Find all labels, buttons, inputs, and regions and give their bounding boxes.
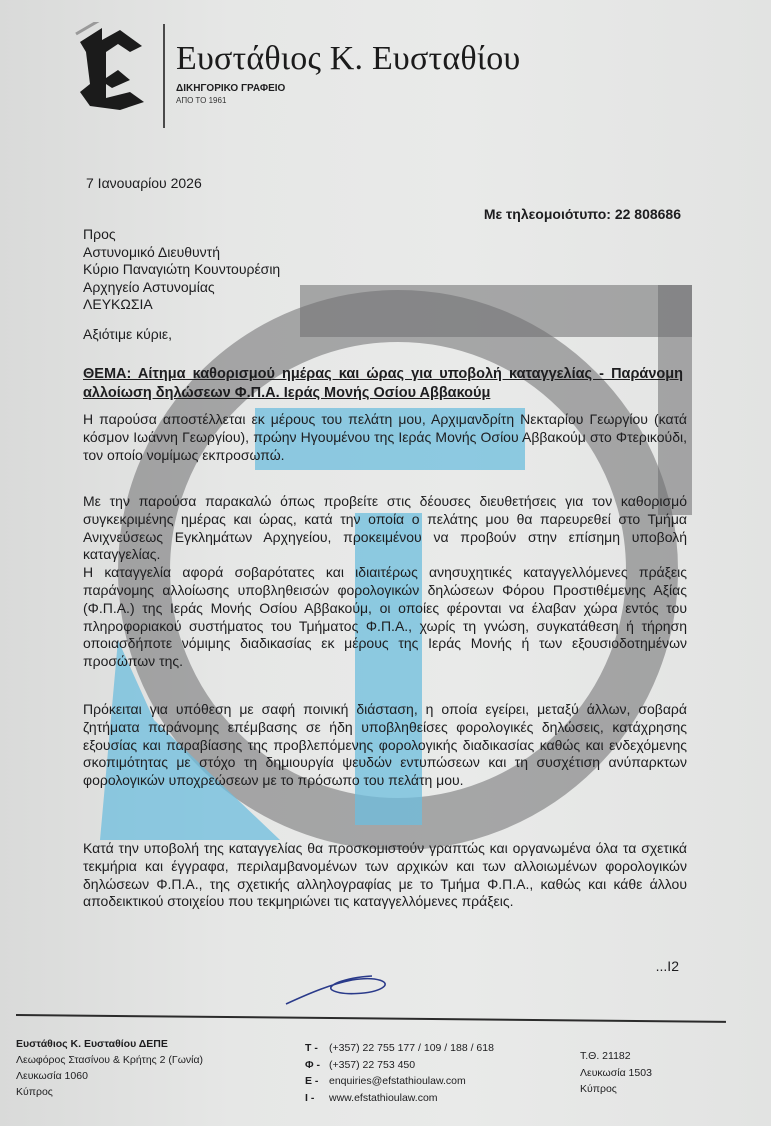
website-value: www.efstathioulaw.com	[329, 1092, 438, 1104]
footer-phone: T -(+357) 22 755 177 / 109 / 188 / 618	[305, 1040, 494, 1057]
footer-company: Ευστάθιος Κ. Ευσταθίου ΔΕΠΕ	[16, 1036, 203, 1052]
website-label: I -	[305, 1090, 329, 1107]
letterhead-divider	[163, 24, 165, 128]
fax-label: Φ -	[305, 1057, 329, 1074]
footer-contacts: T -(+357) 22 755 177 / 109 / 188 / 618 Φ…	[305, 1040, 494, 1106]
po-box-line: Κύπρος	[580, 1081, 652, 1098]
fax-line: Με τηλεομοιότυπο: 22 808686	[484, 206, 681, 222]
body-paragraph-block: Με την παρούσα παρακαλώ όπως προβείτε στ…	[83, 493, 687, 671]
body-paragraph: Πρόκειται για υπόθεση με σαφή ποινική δι…	[83, 701, 687, 790]
footer-website: I -www.efstathioulaw.com	[305, 1090, 494, 1107]
footer-address-line: Κύπρος	[16, 1084, 203, 1100]
recipient-line: Προς	[83, 226, 280, 244]
recipient-line: Αστυνομικό Διευθυντή	[83, 244, 280, 262]
letter-page: Ευστάθιος Κ. Ευσταθίου ΔΙΚΗΓΟΡΙΚΟ ΓΡΑΦΕΙ…	[0, 0, 771, 1126]
footer-divider	[16, 1014, 726, 1023]
recipient-line: Κύριο Παναγιώτη Κουντουρέσιη	[83, 261, 280, 279]
footer-address-line: Λευκωσία 1060	[16, 1068, 203, 1084]
firm-subtitle: ΔΙΚΗΓΟΡΙΚΟ ΓΡΑΦΕΙΟ	[176, 83, 285, 94]
phone-value: (+357) 22 755 177 / 109 / 188 / 618	[329, 1042, 494, 1054]
recipient-block: Προς Αστυνομικό Διευθυντή Κύριο Παναγιώτ…	[83, 226, 280, 314]
firm-since: ΑΠΟ ΤΟ 1961	[176, 96, 226, 105]
recipient-line: Αρχηγείο Αστυνομίας	[83, 279, 280, 297]
footer-po-box: Τ.Θ. 21182 Λευκωσία 1503 Κύπρος	[580, 1048, 652, 1098]
gothic-e-logo-icon	[72, 22, 152, 112]
footer-address: Ευστάθιος Κ. Ευσταθίου ΔΕΠΕ Λεωφόρος Στα…	[16, 1036, 203, 1100]
page-continuation: ...I2	[656, 958, 679, 974]
phone-label: T -	[305, 1040, 329, 1057]
po-box-line: Λευκωσία 1503	[580, 1065, 652, 1082]
body-paragraph: Κατά την υποβολή της καταγγελίας θα προσ…	[83, 840, 687, 911]
greeting: Αξιότιμε κύριε,	[83, 326, 172, 342]
fax-value: (+357) 22 753 450	[329, 1059, 415, 1071]
letter-date: 7 Ιανουαρίου 2026	[86, 175, 202, 191]
body-paragraph: Η καταγγελία αφορά σοβαρότατες και ιδιαι…	[83, 564, 687, 671]
footer-email: E -enquiries@efstathioulaw.com	[305, 1073, 494, 1090]
email-value: enquiries@efstathioulaw.com	[329, 1075, 466, 1087]
subject-line: ΘΕΜΑ: Αίτημα καθορισμού ημέρας και ώρας …	[83, 365, 683, 403]
email-label: E -	[305, 1073, 329, 1090]
body-paragraph: Η παρούσα αποστέλλεται εκ μέρους του πελ…	[83, 411, 687, 464]
po-box-line: Τ.Θ. 21182	[580, 1048, 652, 1065]
footer-address-line: Λεωφόρος Στασίνου & Κρήτης 2 (Γωνία)	[16, 1052, 203, 1068]
signature	[282, 968, 392, 1008]
firm-name: Ευστάθιος Κ. Ευσταθίου	[176, 40, 520, 78]
footer-fax: Φ -(+357) 22 753 450	[305, 1057, 494, 1074]
recipient-line: ΛΕΥΚΩΣΙΑ	[83, 296, 280, 314]
body-paragraph: Με την παρούσα παρακαλώ όπως προβείτε στ…	[83, 493, 687, 564]
